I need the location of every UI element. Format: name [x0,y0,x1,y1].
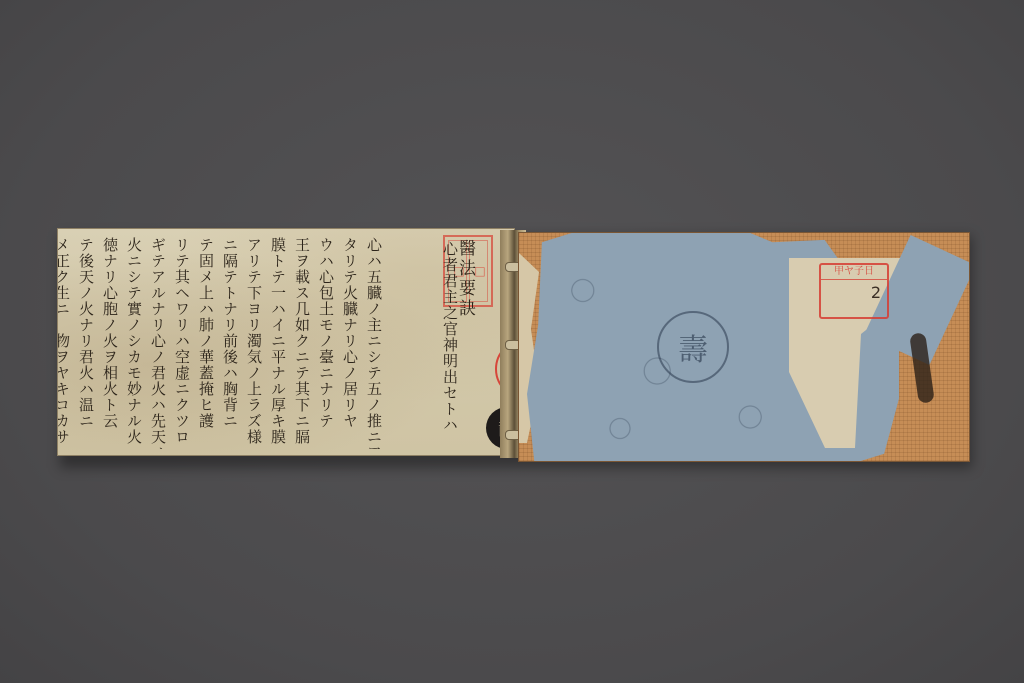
text-column: 火ニシテ實ノシカモ妙ナル火 [124,237,144,449]
text-column: 王ヲ載ス几如クニテ其下ニ膈 [292,237,312,449]
longevity-medallion-icon: 壽 [657,311,729,383]
text-column: ニ隔テトナリ前後ハ胸背ニ [220,237,240,449]
text-column: リテ其ヘワリハ空虚ニクツロ [172,237,192,449]
text-column: 徳ナリ心胞ノ火ヲ相火ト云 [100,237,120,449]
text-column: ウハ心包土モノ臺ニナリテ [316,237,336,449]
text-column: ギテアルナリ心ノ君火ハ先天ノ [148,237,168,449]
label-header: 甲ヤ子日 [821,265,887,280]
text-column: アリテ下ヨリ濁気ノ上ラズ様 [244,237,264,449]
text-column: 心ハ五臓ノ主ニシテ五ノ推ニア [364,237,384,449]
text-column-first: 心者君主之官神明出セトハ [440,241,461,446]
text-column: タリテ火臓ナリ心ノ居リヤ [340,237,360,449]
right-cover-page: 壽 甲ヤ子日 2 [518,232,970,462]
left-manuscript-page: □ □ 醫法要訣 心者君主之官神明出セトハ 心ハ五臓ノ主ニシテ五ノ推ニア タリテ… [57,228,515,456]
label-number: 2 [871,283,881,302]
text-column: 膜トテ一ハイニ平ナル厚キ膜 [268,237,288,449]
text-columns: 心ハ五臓ノ主ニシテ五ノ推ニア タリテ火臓ナリ心ノ居リヤ ウハ心包土モノ臺ニナリテ… [57,237,384,449]
red-label-stamp: 甲ヤ子日 2 [819,263,889,319]
text-column: テ固メ上ハ肺ノ華蓋掩ヒ護 [196,237,216,449]
text-column: テ後天ノ火ナリ君火ハ温ニ [76,237,96,449]
text-column: メ正ク生ニ 物ヲヤキコカサ [57,237,72,449]
